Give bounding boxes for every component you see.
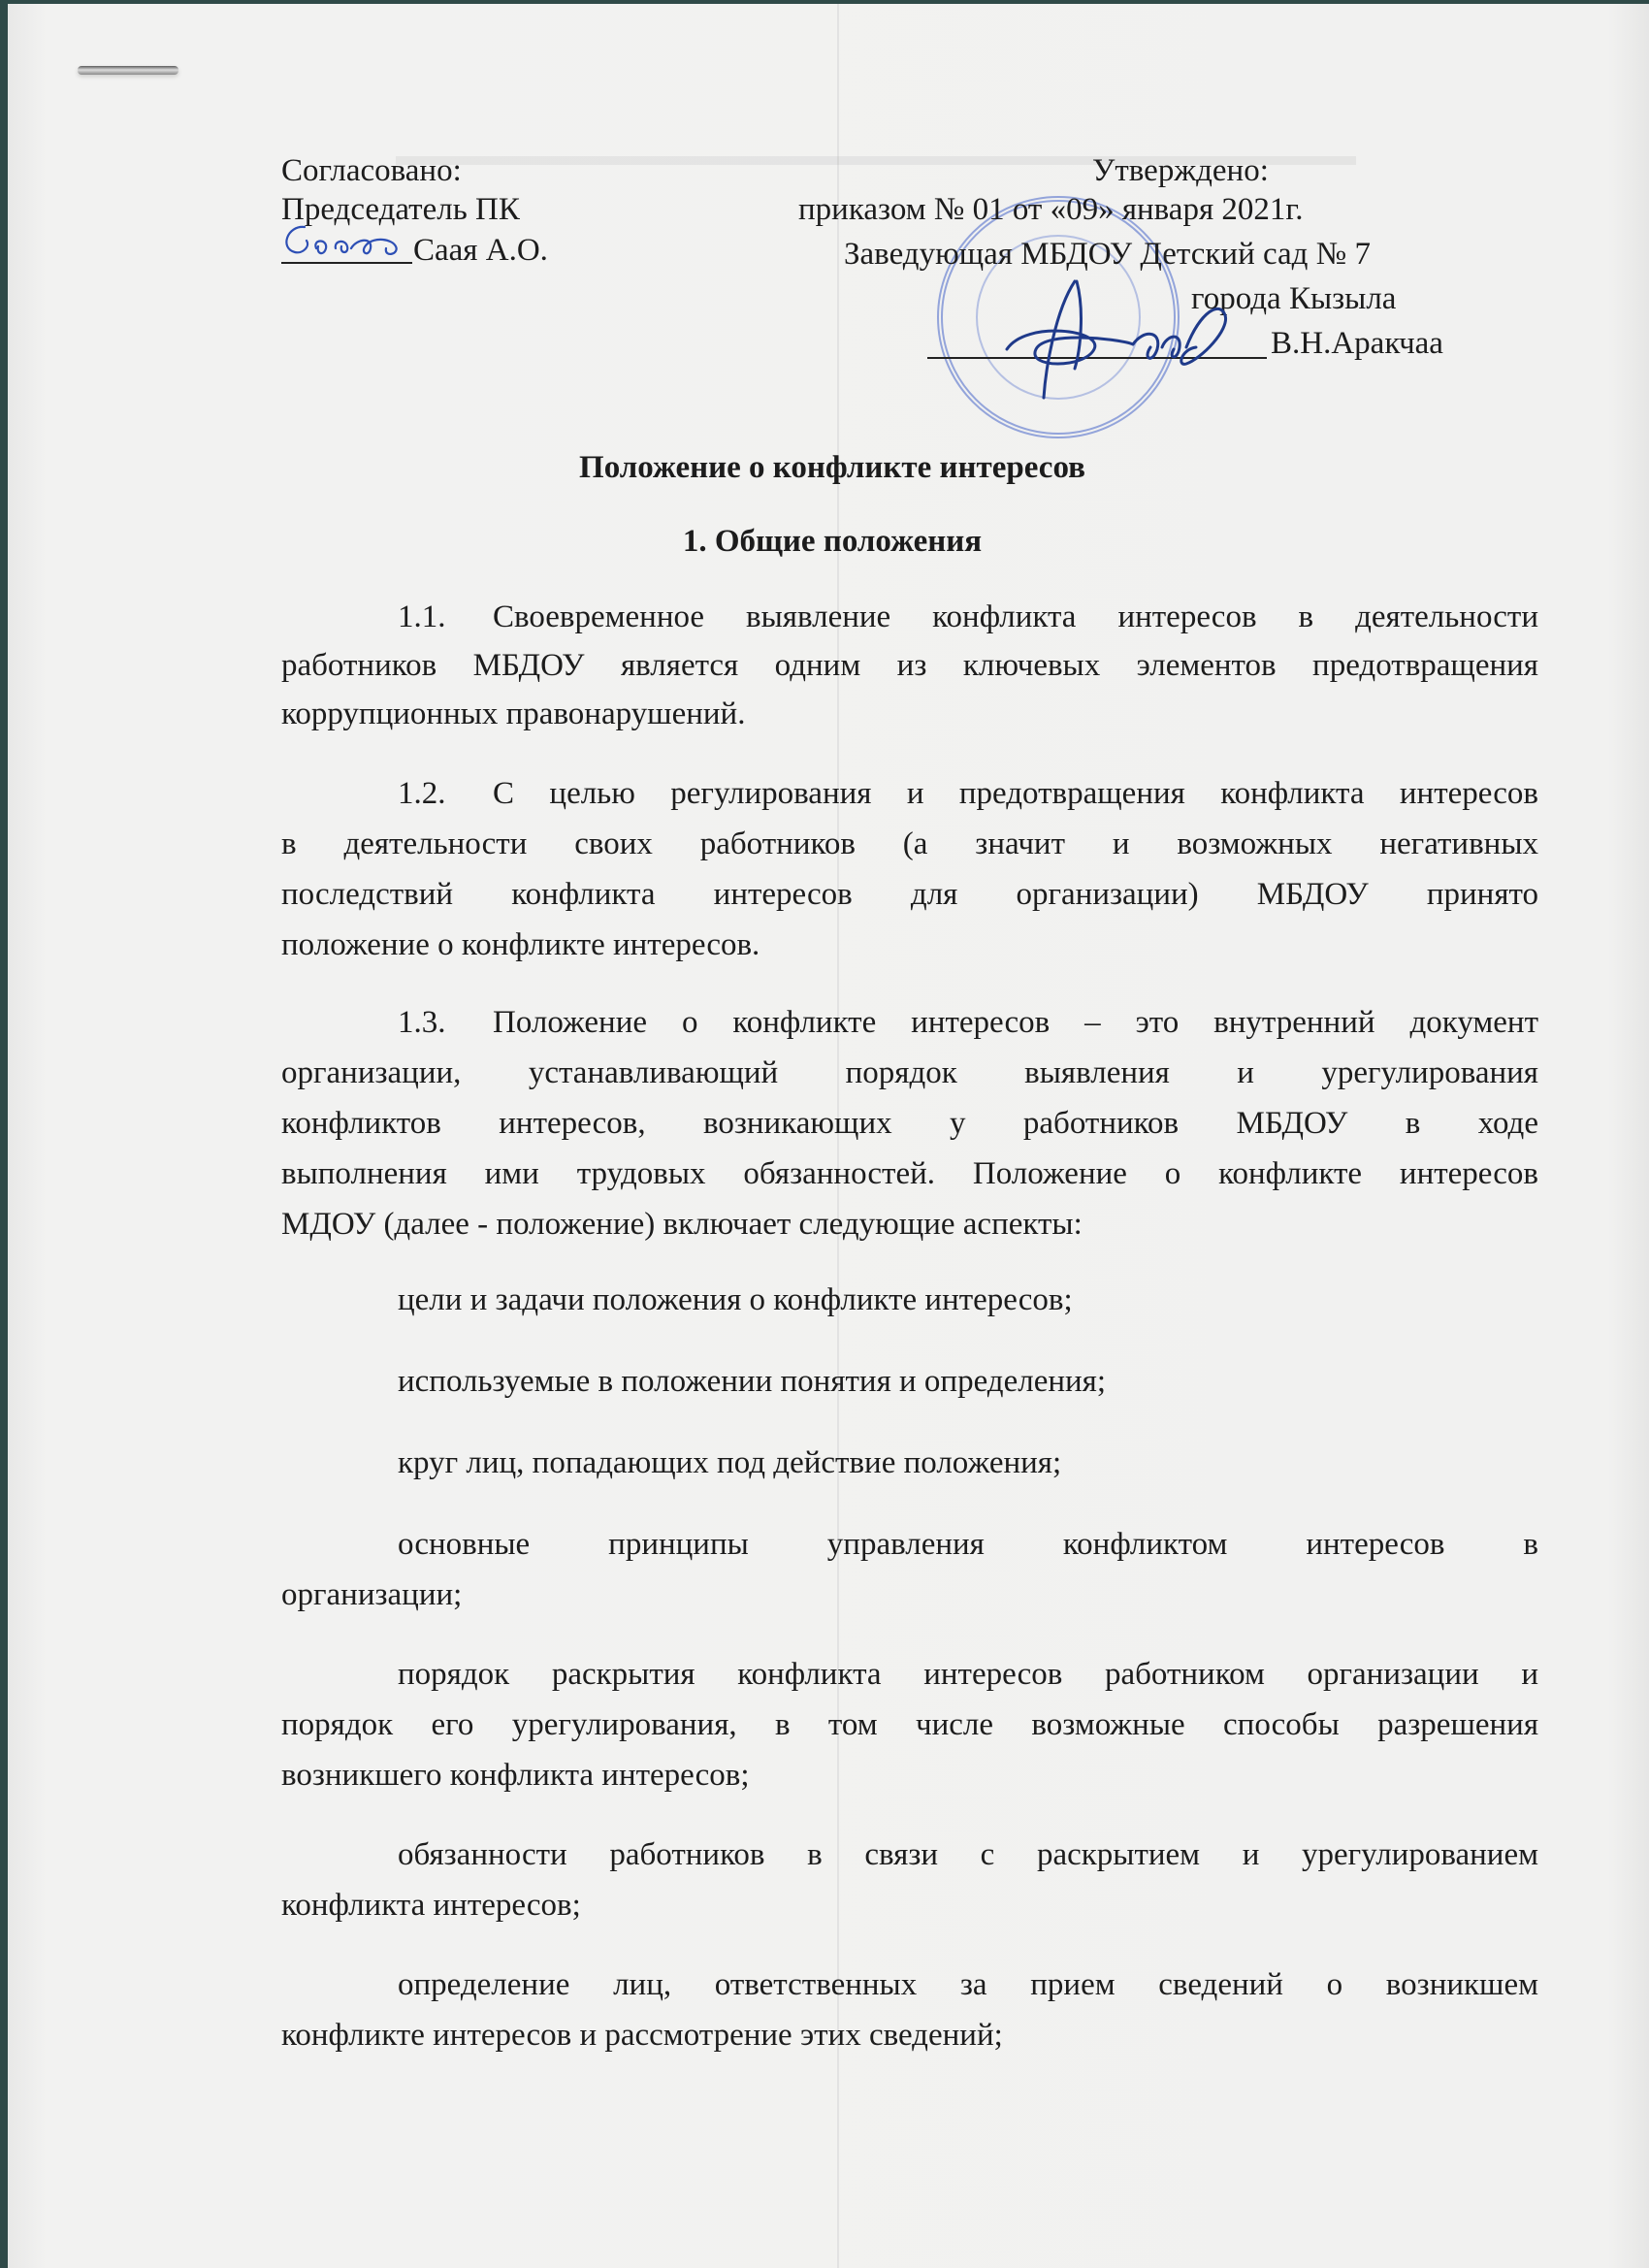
list-item: цели и задачи положения о конфликте инте… — [398, 1280, 1538, 1319]
paragraph-line: МДОУ (далее - положение) включает следую… — [281, 1205, 1538, 1244]
paragraph-number: 1.1. — [398, 598, 446, 636]
list-item-line: основные принципы управления конфликтом … — [398, 1525, 1538, 1564]
paragraph-line: работников МБДОУ является одним из ключе… — [281, 646, 1538, 685]
staple-icon — [78, 66, 178, 75]
paragraph-line: коррупционных правонарушений. — [281, 695, 1538, 733]
paragraph-line: в деятельности своих работников (а значи… — [281, 825, 1538, 863]
paragraph-line: Своевременное выявление конфликта интере… — [493, 598, 1538, 636]
paragraph-line: положение о конфликте интересов. — [281, 925, 1538, 964]
head-position: Заведующая МБДОУ Детский сад № 7 — [844, 235, 1371, 274]
section-title: 1. Общие положения — [8, 522, 1649, 561]
head-signature-icon — [987, 272, 1240, 407]
chairman-signature-icon — [277, 219, 423, 268]
approved-label: Утверждено: — [1092, 151, 1269, 190]
paragraph-number: 1.2. — [398, 774, 446, 813]
approval-order: приказом № 01 от «09» января 2021г. — [798, 190, 1303, 229]
paragraph-line: Положение о конфликте интересов – это вн… — [493, 1003, 1538, 1042]
agreed-label: Согласовано: — [281, 151, 462, 190]
list-item-line: конфликта интересов; — [281, 1886, 1538, 1925]
list-item-line: определение лиц, ответственных за прием … — [398, 1965, 1538, 2004]
list-item-line: возникшего конфликта интересов; — [281, 1756, 1538, 1795]
paragraph-number: 1.3. — [398, 1003, 446, 1042]
chairman-name: Саая А.О. — [413, 231, 548, 270]
list-item-line: порядок его урегулирования, в том числе … — [281, 1705, 1538, 1744]
list-item-line: порядок раскрытия конфликта интересов ра… — [398, 1655, 1538, 1694]
document-title: Положение о конфликте интересов — [8, 448, 1649, 487]
list-item-line: организации; — [281, 1575, 1538, 1614]
document-page: ▬▬▬▬▬▬▬▬▬▬▬▬▬▬▬▬▬▬▬▬▬▬▬▬▬▬▬▬▬▬▬▬▬ Соглас… — [8, 4, 1649, 2268]
list-item-line: обязанности работников в связи с раскрыт… — [398, 1835, 1538, 1874]
paragraph-line: выполнения ими трудовых обязанностей. По… — [281, 1154, 1538, 1193]
paragraph-line: последствий конфликта интересов для орга… — [281, 875, 1538, 914]
paragraph-line: конфликтов интересов, возникающих у рабо… — [281, 1104, 1538, 1143]
list-item: используемые в положении понятия и опред… — [398, 1362, 1538, 1401]
head-name: В.Н.Аракчаа — [1271, 324, 1443, 363]
paragraph-line: С целью регулирования и предотвращения к… — [493, 774, 1538, 813]
list-item-line: конфликте интересов и рассмотрение этих … — [281, 2016, 1538, 2055]
paragraph-line: организации, устанавливающий порядок выя… — [281, 1053, 1538, 1092]
list-item: круг лиц, попадающих под действие положе… — [398, 1443, 1538, 1482]
